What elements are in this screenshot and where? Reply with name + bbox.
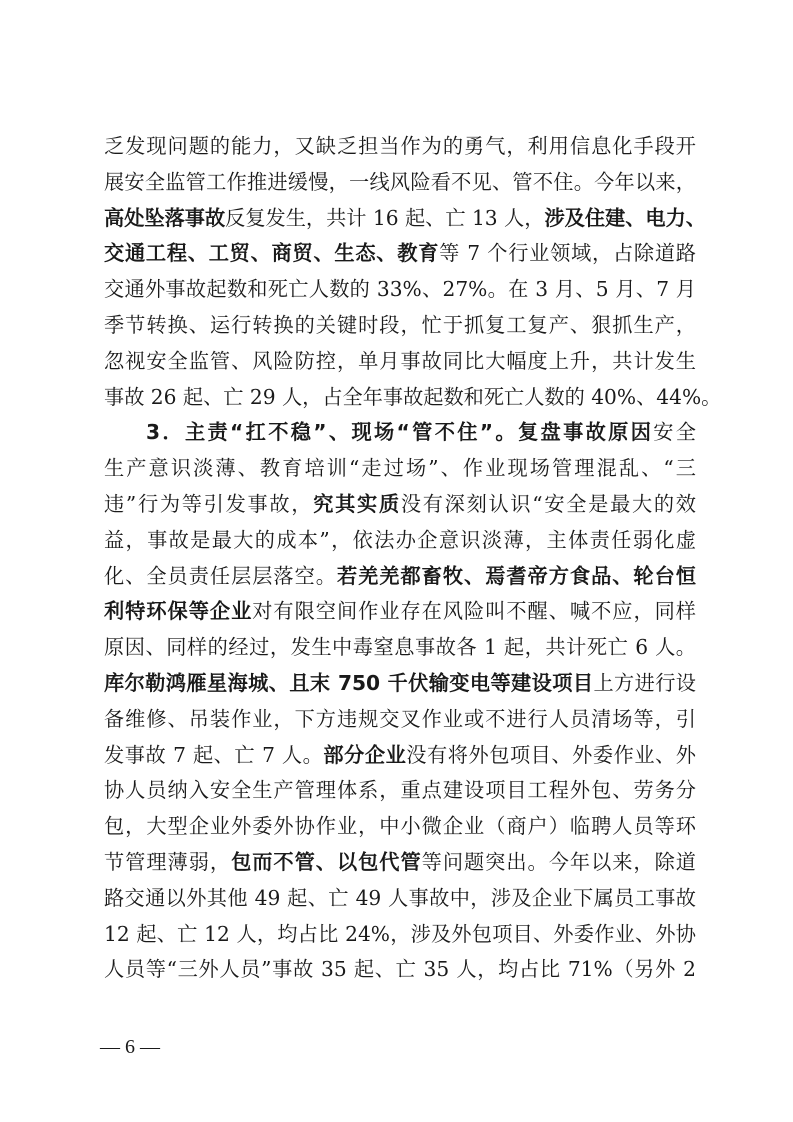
text-line: 展安全监管工作推进缓慢，一线风险看不见、管不住。今年以来， — [104, 165, 696, 201]
bold-text: 究其实质 — [313, 492, 401, 516]
text-line: 库尔勒鸿雁星海城、且末 750 千伏输变电等建设项目上方进行设 — [104, 666, 696, 702]
text-line: 路交通以外其他 49 起、亡 49 人事故中，涉及企业下属员工事故 — [104, 881, 696, 917]
text-line: 3．主责“扛不稳”、现场“管不住”。复盘事故原因安全 — [104, 415, 696, 451]
bold-text: 部分企业 — [323, 743, 406, 767]
text-line: 化、全员责任层层落空。若羌羌都畜牧、焉耆帝方食品、轮台恒 — [104, 559, 696, 595]
text-line: 节管理薄弱，包而不管、以包代管等问题突出。今年以来，除道 — [104, 845, 696, 881]
body-text: 没有深刻认识“安全是最大的效 — [401, 492, 696, 516]
text-line: 违”行为等引发事故，究其实质没有深刻认识“安全是最大的效 — [104, 487, 696, 523]
body-text: 季节转换、运行转换的关键时段，忙于抓复工复产、狠抓生产， — [104, 313, 696, 337]
body-text: 忽视安全监管、风险防控，单月事故同比大幅度上升，共计发生 — [104, 349, 696, 373]
text-line: 季节转换、运行转换的关键时段，忙于抓复工复产、狠抓生产， — [104, 308, 696, 344]
body-text: 上方进行设 — [593, 671, 696, 695]
bold-text: 涉及住建、电力、 — [544, 206, 706, 230]
bold-text: 利特环保等企业 — [104, 599, 252, 623]
body-text: 违”行为等引发事故， — [104, 492, 313, 516]
body-text: 事故 26 起、亡 29 人，占全年事故起数和死亡人数的 40%、44%。 — [104, 385, 721, 409]
body-text: 益，事故是最大的成本”，依法办企意识淡薄，主体责任弱化虚 — [104, 528, 696, 552]
body-text: 备维修、吊装作业，下方违规交叉作业或不进行人员清场等，引 — [104, 707, 696, 731]
body-text: 没有将外包项目、外委作业、外 — [406, 743, 696, 767]
text-line: 利特环保等企业对有限空间作业存在风险叫不醒、喊不应，同样 — [104, 594, 696, 630]
text-line: 益，事故是最大的成本”，依法办企意识淡薄，主体责任弱化虚 — [104, 523, 696, 559]
bold-text: 交通工程、工贸、商贸、生态、教育 — [104, 241, 439, 265]
text-line: 发事故 7 起、亡 7 人。部分企业没有将外包项目、外委作业、外 — [104, 738, 696, 774]
body-text: 原因、同样的经过，发生中毒窒息事故各 1 起，共计死亡 6 人。 — [104, 635, 696, 659]
text-line: 生产意识淡薄、教育培训“走过场”、作业现场管理混乱、“三 — [104, 451, 696, 487]
bold-text: 若羌羌都畜牧、焉耆帝方食品、轮台恒 — [337, 564, 696, 588]
body-text: 协人员纳入安全生产管理体系，重点建设项目工程外包、劳务分 — [104, 778, 696, 802]
body-text: 等 7 个行业领域，占除道路 — [439, 241, 696, 265]
text-line: 12 起、亡 12 人，均占比 24%，涉及外包项目、外委作业、外协 — [104, 917, 696, 953]
bold-text: 库尔勒鸿雁星海城、且末 750 千伏输变电等建设项目 — [104, 671, 593, 695]
text-line: 交通工程、工贸、商贸、生态、教育等 7 个行业领域，占除道路 — [104, 236, 696, 272]
text-line: 包，大型企业外委外协作业，中小微企业（商户）临聘人员等环 — [104, 809, 696, 845]
body-text: 发事故 7 起、亡 7 人。 — [104, 743, 323, 767]
bold-text: 包而不管、以包代管 — [231, 850, 422, 874]
body-text: 路交通以外其他 49 起、亡 49 人事故中，涉及企业下属员工事故 — [104, 886, 696, 910]
body-text: 节管理薄弱， — [104, 850, 231, 874]
text-line: 协人员纳入安全生产管理体系，重点建设项目工程外包、劳务分 — [104, 773, 696, 809]
body-text: 包，大型企业外委外协作业，中小微企业（商户）临聘人员等环 — [104, 814, 696, 838]
page-number: — 6 — — [100, 1036, 160, 1059]
body-text: 对有限空间作业存在风险叫不醒、喊不应，同样 — [252, 599, 696, 623]
bold-text: 3．主责“扛不稳”、现场“管不住”。复盘事故原因 — [146, 420, 653, 444]
body-text: 乏发现问题的能力，又缺乏担当作为的勇气，利用信息化手段开 — [104, 134, 696, 158]
body-text: 展安全监管工作推进缓慢，一线风险看不见、管不住。今年以来， — [104, 170, 696, 194]
body-text: 等问题突出。今年以来，除道 — [422, 850, 696, 874]
body-text: 生产意识淡薄、教育培训“走过场”、作业现场管理混乱、“三 — [104, 456, 696, 480]
text-line: 人员等“三外人员”事故 35 起、亡 35 人，均占比 71%（另外 2 — [104, 952, 696, 988]
text-line: 高处坠落事故反复发生，共计 16 起、亡 13 人，涉及住建、电力、 — [104, 201, 696, 237]
body-text: 化、全员责任层层落空。 — [104, 564, 337, 588]
text-line: 乏发现问题的能力，又缺乏担当作为的勇气，利用信息化手段开 — [104, 129, 696, 165]
text-line: 事故 26 起、亡 29 人，占全年事故起数和死亡人数的 40%、44%。 — [104, 380, 696, 416]
text-line: 交通外事故起数和死亡人数的 33%、27%。在 3 月、5 月、7 月 — [104, 272, 696, 308]
body-text: 反复发生，共计 16 起、亡 13 人， — [225, 206, 544, 230]
text-line: 原因、同样的经过，发生中毒窒息事故各 1 起，共计死亡 6 人。 — [104, 630, 696, 666]
body-text: 人员等“三外人员”事故 35 起、亡 35 人，均占比 71%（另外 2 — [104, 957, 696, 981]
body-text: 12 起、亡 12 人，均占比 24%，涉及外包项目、外委作业、外协 — [104, 922, 696, 946]
bold-text: 高处坠落事故 — [104, 206, 225, 230]
text-line: 备维修、吊装作业，下方违规交叉作业或不进行人员清场等，引 — [104, 702, 696, 738]
document-body: 乏发现问题的能力，又缺乏担当作为的勇气，利用信息化手段开展安全监管工作推进缓慢，… — [104, 129, 696, 988]
body-text: 交通外事故起数和死亡人数的 33%、27%。在 3 月、5 月、7 月 — [104, 277, 696, 301]
text-line: 忽视安全监管、风险防控，单月事故同比大幅度上升，共计发生 — [104, 344, 696, 380]
body-text: 安全 — [653, 420, 696, 444]
